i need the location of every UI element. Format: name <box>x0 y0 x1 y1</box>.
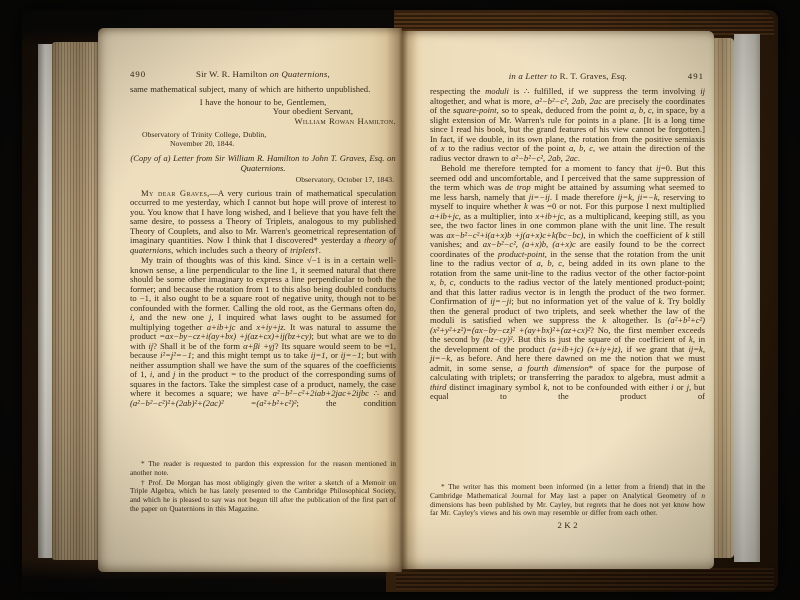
text-run: x+ib+jc <box>535 211 563 221</box>
text-run: . But this is just the square of the coe… <box>512 334 689 344</box>
paragraph: Behold me therefore tempted for a moment… <box>430 164 705 402</box>
right-running-title: in a Letter to R. T. Graves, Esq. <box>430 71 706 81</box>
text-run: moduli <box>485 86 509 96</box>
footnote: * The writer has this moment been inform… <box>430 483 705 518</box>
text-run: or <box>674 382 687 392</box>
text-run: ∴ and <box>369 388 396 398</box>
right-page-edges <box>714 38 734 558</box>
text-run: square-point <box>453 105 497 115</box>
text-run: a²−b²−c²+2iab+2jac+2ijbc <box>273 388 369 398</box>
left-page-number: 490 <box>130 69 146 79</box>
text-run: Esq. <box>611 71 627 81</box>
paragraph: My train of thoughts was of this kind. S… <box>130 256 396 408</box>
text-run: third <box>430 382 446 392</box>
text-run: ? Shall it be of the form <box>153 341 243 351</box>
text-run: a, b, c <box>630 105 652 115</box>
dateline: Observatory of Trinity College, Dublin, <box>130 130 396 139</box>
text-run: a+ib+jc <box>430 211 459 221</box>
text-run: respecting the <box>430 86 485 96</box>
text-run: ij=1 <box>311 350 326 360</box>
text-run: dimensions has been published by Mr. Cay… <box>430 500 705 518</box>
text-run: Your obedient Servant, <box>273 106 353 116</box>
text-run: * The reader is requested to pardon this… <box>130 459 396 477</box>
text-run: (a²−b²−c²)²+(2ab)²+(2ac)² =(a²+b²+c²)² <box>130 398 296 408</box>
text-run: , in which the coefficient of <box>583 230 685 240</box>
text-run: ax−b²−c², (a+x)b, (a+x)c <box>483 239 576 249</box>
right-page-header: in a Letter to R. T. Graves, Esq. 491 <box>430 71 706 83</box>
text-run: Observatory of Trinity College, Dublin, <box>142 130 266 139</box>
text-run: ; the condition <box>296 398 396 408</box>
text-run: ij=−ji <box>490 296 511 306</box>
text-run: * The writer has this moment been inform… <box>430 482 705 500</box>
text-run: is ∴ fulfilled, if we suppress the term … <box>509 86 700 96</box>
text-run: Behold me therefore tempted for a moment… <box>441 163 656 173</box>
text-run: , <box>328 69 330 79</box>
text-run: a²−b²−c², 2ab, 2ac <box>511 153 578 163</box>
paragraph: My dear Graves,—A very curious train of … <box>130 189 396 256</box>
right-page-number: 491 <box>688 71 704 81</box>
text-run: product-point <box>498 249 545 259</box>
text-run: in a Letter to <box>509 71 558 81</box>
paragraph-continued: same mathematical subject, many of which… <box>130 85 396 95</box>
right-page-footnotes: * The writer has this moment been inform… <box>430 483 705 531</box>
text-run: =ax−by−cz+i(ay+bx) +j(az+cx)+ij(bz+cy) <box>159 331 311 341</box>
cover-bottom-edge <box>396 568 774 590</box>
text-run: triplets <box>290 245 314 255</box>
dateline: November 20, 1844. <box>130 139 396 148</box>
text-run: distinct imaginary symbol <box>446 382 543 392</box>
left-page-header: 490 Sir W. R. Hamilton on Quaternions, <box>130 69 396 81</box>
text-run: †. <box>314 245 320 255</box>
text-run: , or <box>326 350 341 360</box>
text-run: November 20, 1844. <box>170 139 234 148</box>
right-page: in a Letter to R. T. Graves, Esq. 491 re… <box>402 31 714 569</box>
text-run: 2 K 2 <box>557 520 577 530</box>
text-run: , if we grant that <box>620 344 688 354</box>
text-run: R. T. Graves, <box>557 71 611 81</box>
text-run: on Quaternions <box>270 69 328 79</box>
text-run: ax−b²−c²+i(a+x)b +j(a+x)c+k(bc−bc) <box>446 230 583 240</box>
text-run: a²−b²−c², 2ab, 2ac <box>535 96 602 106</box>
text-run: . I made therefore <box>550 192 618 202</box>
text-run: a fourth dimension <box>518 363 589 373</box>
text-run: altogether, and what is more, <box>430 96 535 106</box>
text-run: , not to be confounded with either <box>547 382 671 392</box>
text-run: n <box>701 491 705 500</box>
text-run: † Prof. De Morgan has most obligingly gi… <box>130 478 396 513</box>
right-page-body: respecting the moduli is ∴ fulfilled, if… <box>430 87 705 402</box>
text-run: My train of thoughts was of this kind. S… <box>130 255 396 313</box>
text-run: ij <box>700 86 705 96</box>
text-run: , which includes such a theory of <box>171 245 290 255</box>
letter-heading: (Copy of a) Letter from Sir William R. H… <box>130 154 396 173</box>
left-page-footnotes: * The reader is requested to pardon this… <box>130 460 396 514</box>
text-run: and <box>235 322 256 332</box>
text-run: α+βi +γj <box>243 341 275 351</box>
text-run: altogether. Is <box>606 315 667 325</box>
text-run: My dear Graves <box>141 188 207 198</box>
text-run: , and <box>152 369 173 379</box>
text-run: (Copy of a) Letter from Sir William R. H… <box>130 153 395 173</box>
left-page-edges <box>52 42 100 560</box>
text-run: ji=−ij <box>529 192 550 202</box>
text-run: ,—A very curious train of mathematical s… <box>130 188 396 246</box>
photo-background: 490 Sir W. R. Hamilton on Quaternions, s… <box>0 0 800 600</box>
text-run: a+ib+jc <box>207 322 236 332</box>
footnote: * The reader is requested to pardon this… <box>130 460 396 478</box>
text-run: a, b, c <box>536 258 562 268</box>
text-run: (bz−cy)² <box>483 334 512 344</box>
closing-line: I have the honour to be, Gentlemen, <box>130 98 396 108</box>
right-flyleaf-edge <box>734 34 760 562</box>
text-run: x+iy+jz <box>256 322 283 332</box>
text-run: , so to speak, deduced from the point <box>497 105 630 115</box>
left-page: 490 Sir W. R. Hamilton on Quaternions, s… <box>98 28 402 572</box>
signature-name: William Rowan Hamilton. <box>130 117 396 127</box>
text-run: de trop <box>505 182 531 192</box>
text-run: Sir W. R. Hamilton <box>196 69 270 79</box>
text-run: x, b, c <box>430 277 454 287</box>
text-run: ij=k, ji=−k <box>618 192 658 202</box>
text-run: to the radius vector of the point <box>445 143 569 153</box>
text-run: . <box>578 153 580 163</box>
signature-mark: 2 K 2 <box>430 521 705 531</box>
text-run: same mathematical subject, many of which… <box>130 84 370 94</box>
dateline: Observatory, October 17, 1843. <box>130 175 396 184</box>
text-run: (a+ib+jc) (x+iy+jz) <box>549 344 621 354</box>
footnote: † Prof. De Morgan has most obligingly gi… <box>130 479 396 514</box>
left-running-title: Sir W. R. Hamilton on Quaternions, <box>130 69 396 79</box>
text-run: i²=j²=−1 <box>160 350 192 360</box>
left-page-body: same mathematical subject, many of which… <box>130 85 396 408</box>
text-run: ij=−1 <box>341 350 362 360</box>
text-run: , and the new one <box>132 312 209 322</box>
paragraph-continued: respecting the moduli is ∴ fulfilled, if… <box>430 87 705 163</box>
text-run: ; but no information yet of the value of <box>511 296 658 306</box>
text-run: a, b, c <box>569 143 593 153</box>
text-run: I have the honour to be, Gentlemen, <box>200 97 327 107</box>
text-run: , as a multiplier, into <box>459 211 536 221</box>
text-run: William Rowan Hamilton. <box>294 116 396 126</box>
text-run: ; and this might tempt us to take <box>192 350 311 360</box>
text-run: was =0 or not. For this purpose I next m… <box>528 201 705 211</box>
text-run: Observatory, October 17, 1843. <box>296 175 394 184</box>
